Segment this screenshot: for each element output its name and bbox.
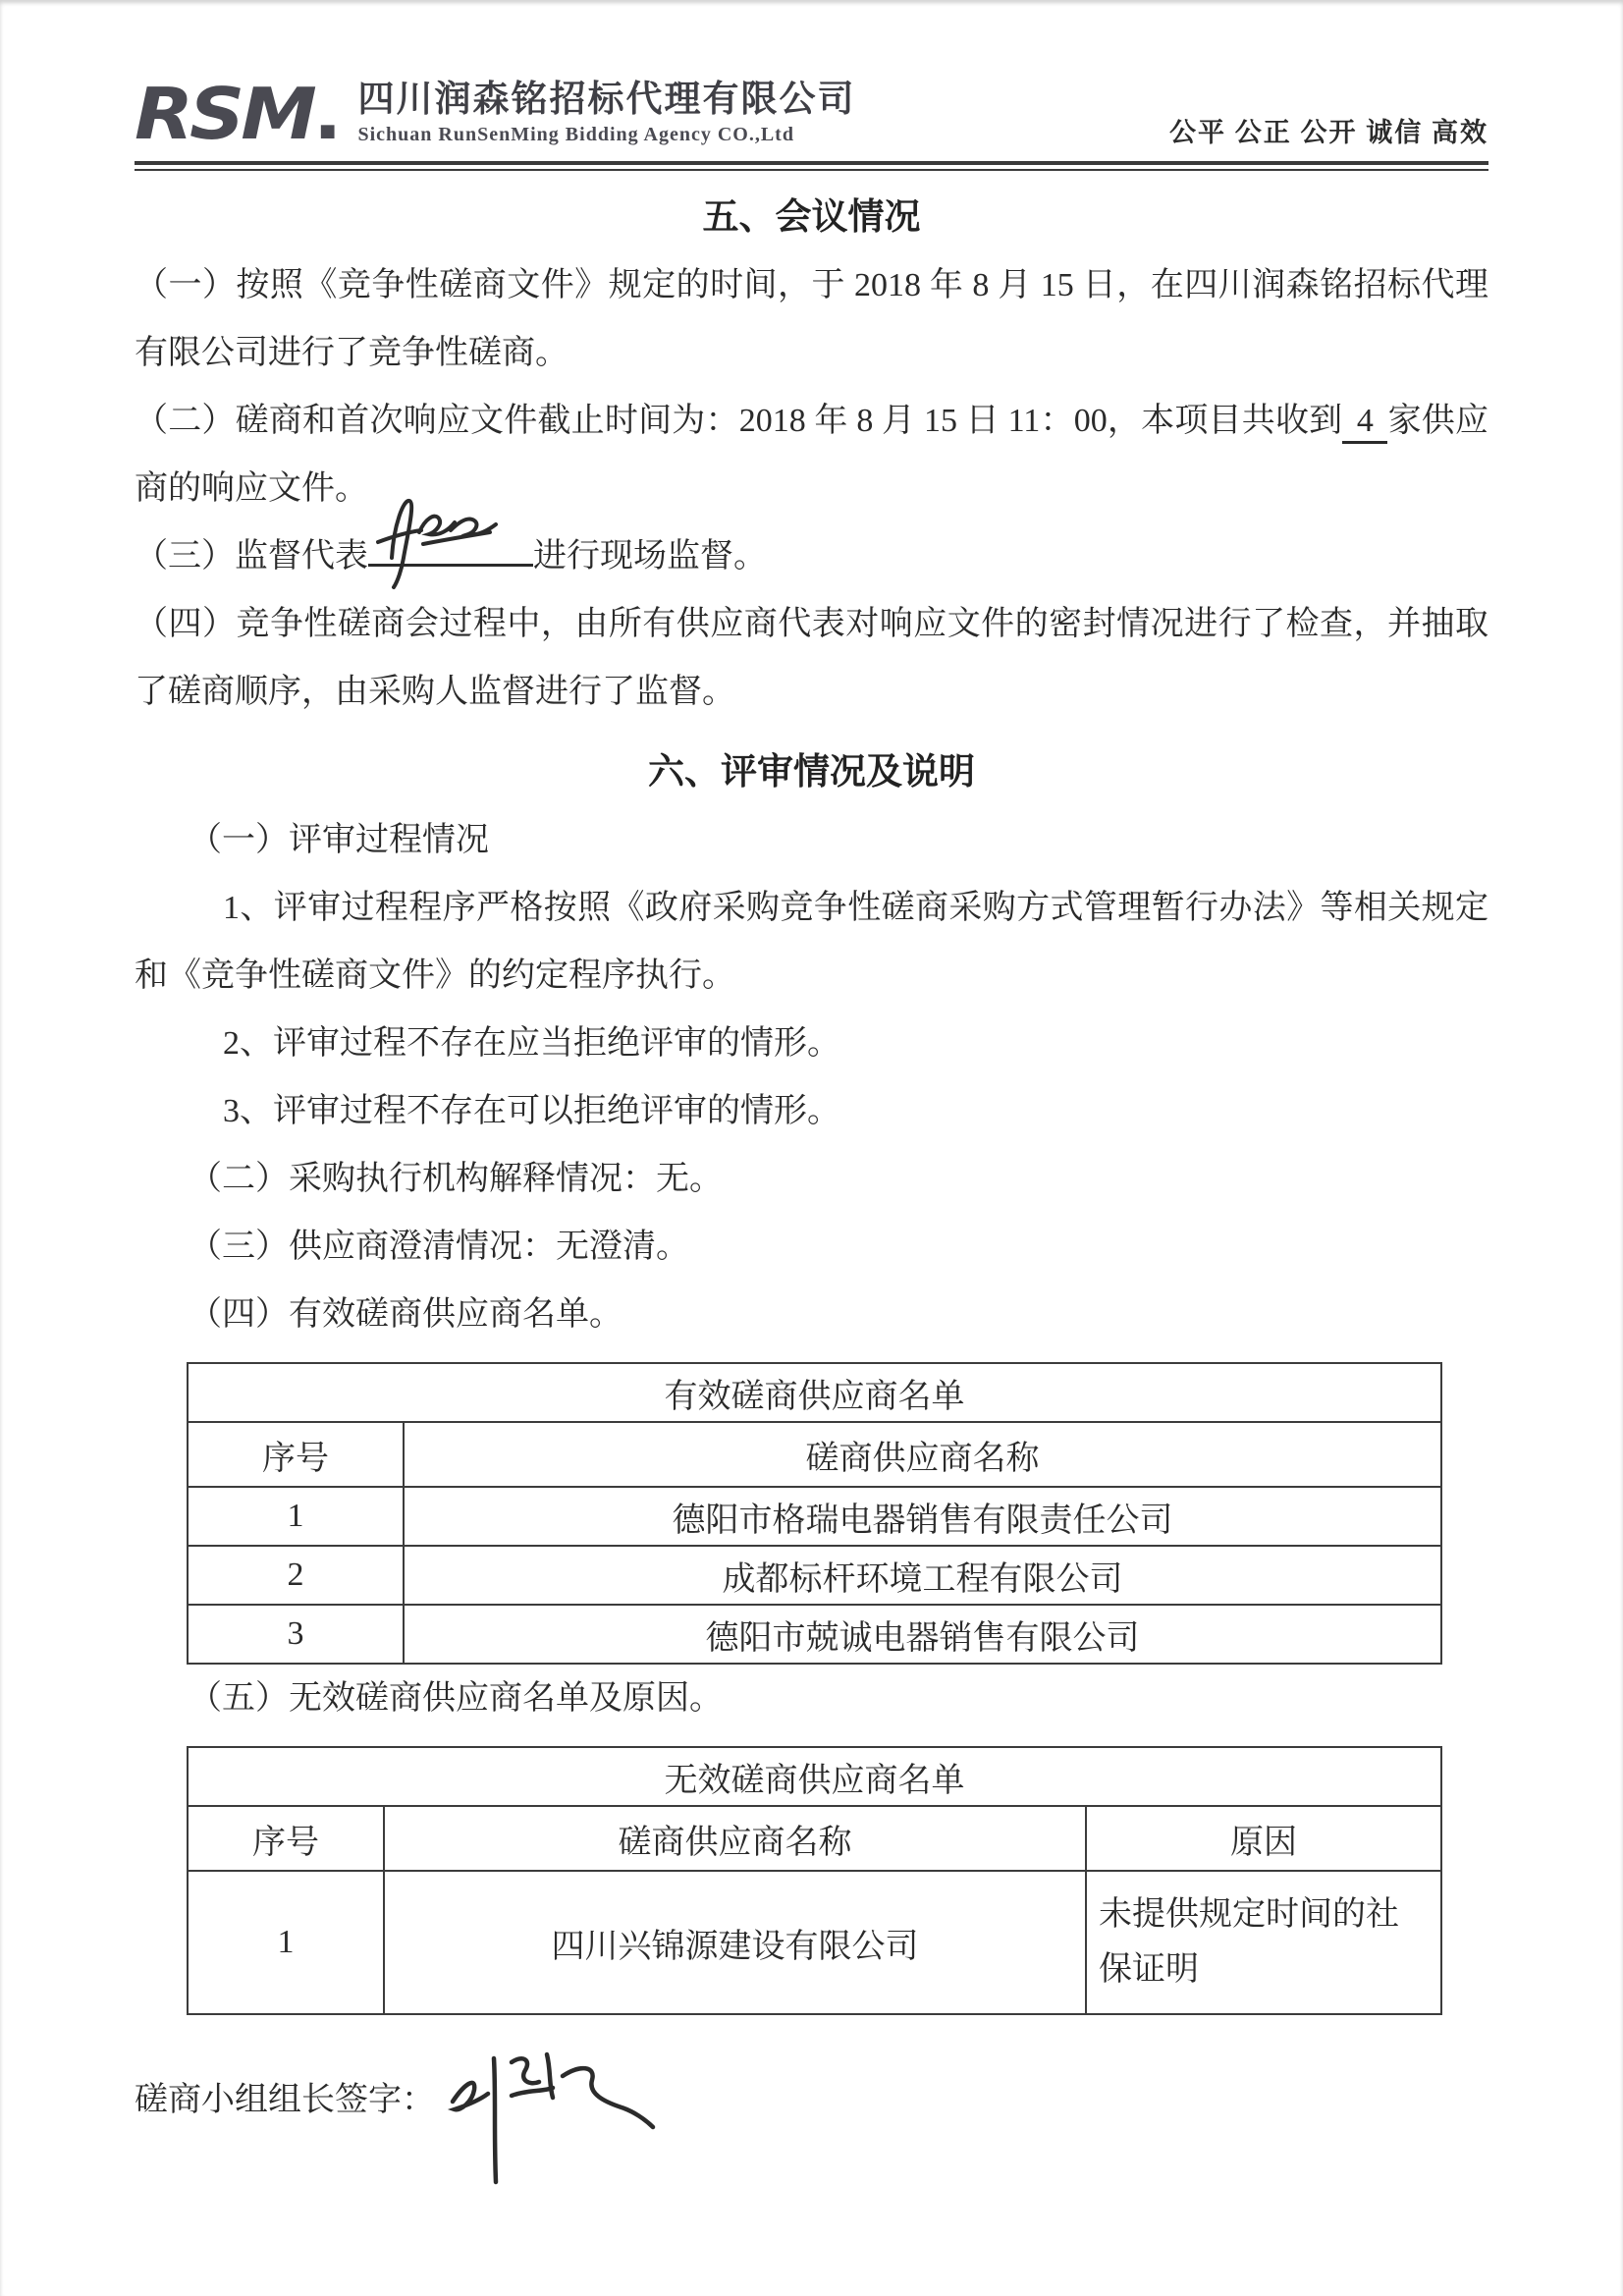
rule-line-thick bbox=[135, 161, 1488, 165]
paragraph-meeting-2: （二）磋商和首次响应文件截止时间为：2018 年 8 月 15 日 11：00，… bbox=[135, 387, 1488, 522]
company-logo-block: RSM. 四川润森铭招标代理有限公司 Sichuan RunSenMing Bi… bbox=[135, 77, 856, 153]
invalid-table-col-no: 序号 bbox=[188, 1806, 384, 1871]
paragraph-meeting-3-tail: 进行现场监督。 bbox=[533, 538, 767, 574]
valid-row-no: 2 bbox=[188, 1546, 404, 1605]
company-slogan: 公平 公正 公开 诚信 高效 bbox=[1169, 111, 1488, 153]
review-item-2: （二）采购执行机构解释情况：无。 bbox=[135, 1145, 1488, 1213]
valid-row-no: 3 bbox=[188, 1605, 404, 1664]
section6-title: 六、评审情况及说明 bbox=[135, 749, 1488, 796]
document-page: RSM. 四川润森铭招标代理有限公司 Sichuan RunSenMing Bi… bbox=[0, 0, 1623, 2296]
paragraph-meeting-3-text: （三）监督代表 bbox=[135, 538, 368, 574]
paragraph-meeting-3: （三）监督代表 进行现场监督。 bbox=[135, 522, 1488, 590]
leader-signature-label: 磋商小组组长签字： bbox=[135, 2066, 435, 2134]
valid-row-name: 成都标杆环境工程有限公司 bbox=[404, 1546, 1441, 1605]
invalid-table-col-name: 磋商供应商名称 bbox=[384, 1806, 1086, 1871]
review-item-1-3: 3、评审过程不存在可以拒绝评审的情形。 bbox=[135, 1077, 1488, 1145]
valid-table-col-no: 序号 bbox=[188, 1422, 404, 1487]
review-item-5: （五）无效磋商供应商名单及原因。 bbox=[135, 1665, 1488, 1732]
invalid-row-reason: 未提供规定时间的社保证明 bbox=[1086, 1871, 1441, 2014]
review-item-3: （三）供应商澄清情况：无澄清。 bbox=[135, 1213, 1488, 1281]
section5-title: 五、会议情况 bbox=[135, 194, 1488, 242]
review-item-4: （四）有效磋商供应商名单。 bbox=[135, 1281, 1488, 1348]
review-item-1-1: 1、评审过程程序严格按照《政府采购竞争性磋商采购方式管理暂行办法》等相关规定和《… bbox=[135, 874, 1488, 1010]
supervisor-signature-line bbox=[368, 522, 533, 567]
company-names: 四川润森铭招标代理有限公司 Sichuan RunSenMing Bidding… bbox=[358, 77, 856, 147]
rsm-logo-dot: . bbox=[313, 75, 343, 156]
valid-row-no: 1 bbox=[188, 1487, 404, 1546]
company-name-cn: 四川润森铭招标代理有限公司 bbox=[358, 79, 856, 122]
invalid-row-no: 1 bbox=[188, 1871, 384, 2014]
invalid-table-title: 无效磋商供应商名单 bbox=[188, 1747, 1441, 1806]
header-double-rule bbox=[135, 161, 1488, 171]
review-item-1-2: 2、评审过程不存在应当拒绝评审的情形。 bbox=[135, 1010, 1488, 1077]
rsm-logo: RSM. bbox=[135, 80, 343, 150]
rule-line-thin bbox=[135, 169, 1488, 171]
invalid-row-name: 四川兴锦源建设有限公司 bbox=[384, 1871, 1086, 2014]
invalid-suppliers-table: 无效磋商供应商名单 序号 磋商供应商名称 原因 1 四川兴锦源建设有限公司 未提… bbox=[187, 1746, 1442, 2015]
supplier-count-underlined: 4 bbox=[1342, 402, 1387, 444]
supervisor-signature bbox=[364, 481, 521, 591]
letterhead: RSM. 四川润森铭招标代理有限公司 Sichuan RunSenMing Bi… bbox=[135, 77, 1488, 153]
table-row: 1 德阳市格瑞电器销售有限责任公司 bbox=[188, 1487, 1441, 1546]
review-item-1: （一）评审过程情况 bbox=[135, 806, 1488, 874]
table-row: 1 四川兴锦源建设有限公司 未提供规定时间的社保证明 bbox=[188, 1871, 1441, 2014]
company-name-en: Sichuan RunSenMing Bidding Agency CO.,Lt… bbox=[358, 122, 856, 147]
invalid-table-col-reason: 原因 bbox=[1086, 1806, 1441, 1871]
paragraph-meeting-2-text: （二）磋商和首次响应文件截止时间为：2018 年 8 月 15 日 11：00，… bbox=[135, 403, 1342, 439]
table-row: 3 德阳市兢诚电器销售有限公司 bbox=[188, 1605, 1441, 1664]
rsm-logo-text: RSM bbox=[135, 75, 313, 156]
leader-signature bbox=[437, 2033, 663, 2200]
valid-table-col-name: 磋商供应商名称 bbox=[404, 1422, 1441, 1487]
valid-row-name: 德阳市格瑞电器销售有限责任公司 bbox=[404, 1487, 1441, 1546]
valid-suppliers-table: 有效磋商供应商名单 序号 磋商供应商名称 1 德阳市格瑞电器销售有限责任公司 2… bbox=[187, 1362, 1442, 1665]
leader-signature-row: 磋商小组组长签字： bbox=[135, 2066, 1488, 2200]
valid-row-name: 德阳市兢诚电器销售有限公司 bbox=[404, 1605, 1441, 1664]
table-row: 2 成都标杆环境工程有限公司 bbox=[188, 1546, 1441, 1605]
paragraph-meeting-1: （一）按照《竞争性磋商文件》规定的时间，于 2018 年 8 月 15 日，在四… bbox=[135, 251, 1488, 387]
valid-table-title: 有效磋商供应商名单 bbox=[188, 1363, 1441, 1422]
paragraph-meeting-4: （四）竞争性磋商会过程中，由所有供应商代表对响应文件的密封情况进行了检查，并抽取… bbox=[135, 590, 1488, 726]
